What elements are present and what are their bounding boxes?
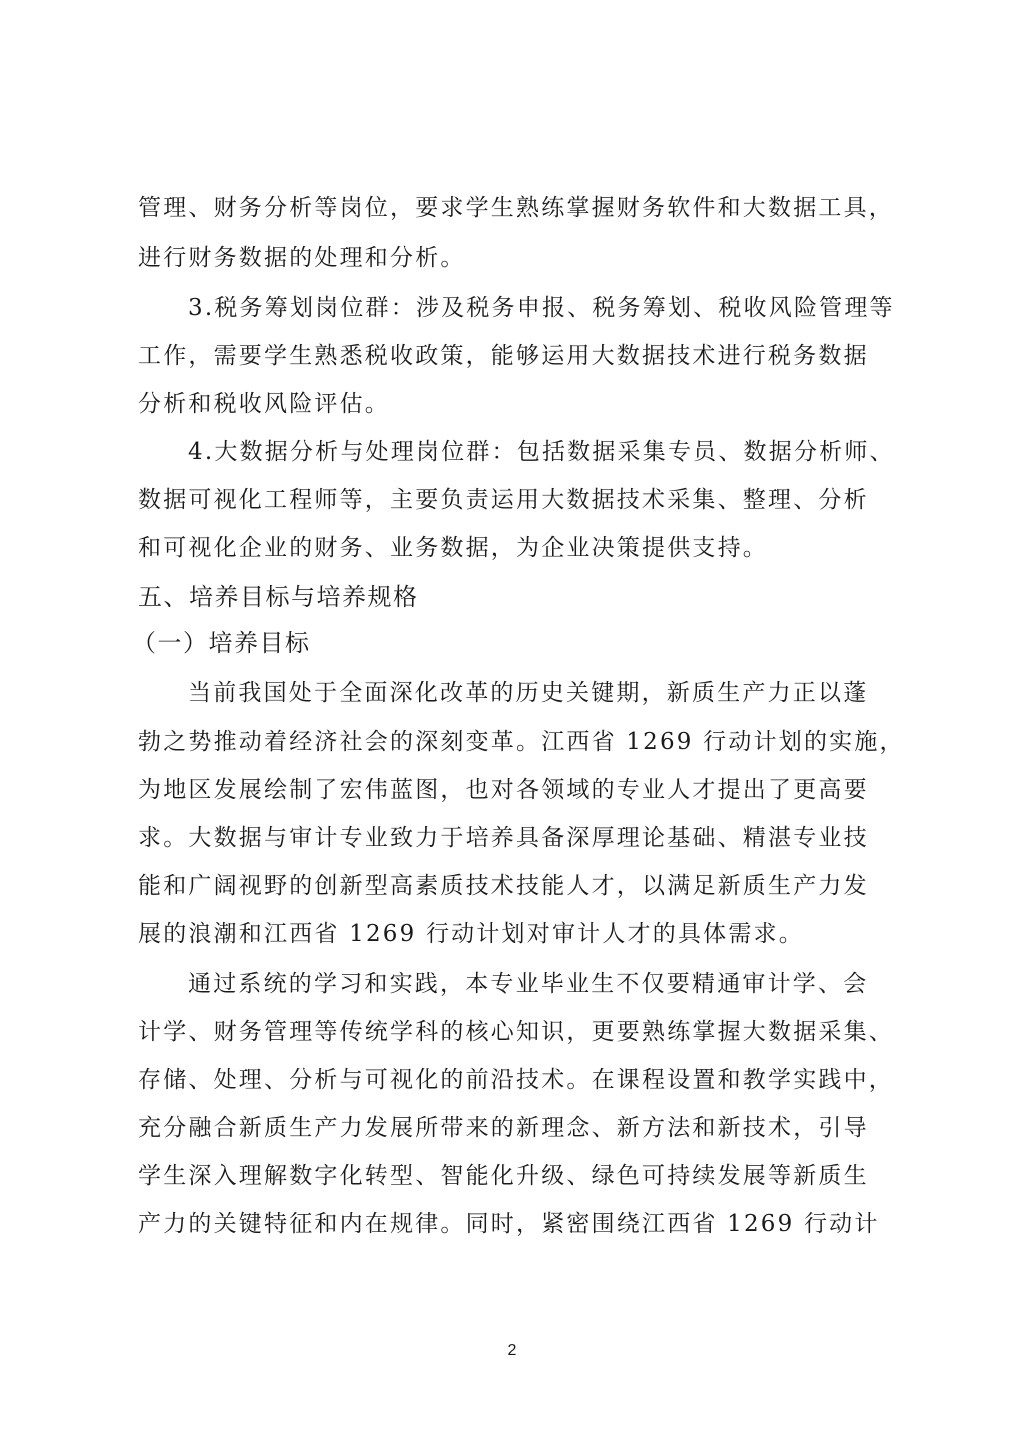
- text-line: 勃之势推动着经济社会的深刻变革。江西省 1269 行动计划的实施，: [138, 727, 898, 757]
- text-line: 3.税务筹划岗位群：涉及税务申报、税务筹划、税收风险管理等: [188, 293, 948, 323]
- text-line: 工作，需要学生熟悉税收政策，能够运用大数据技术进行税务数据: [138, 341, 898, 371]
- text-line: 能和广阔视野的创新型高素质技术技能人才，以满足新质生产力发: [138, 871, 898, 901]
- text-line: 数据可视化工程师等，主要负责运用大数据技术采集、整理、分析: [138, 485, 898, 515]
- subsection-heading: （一）培养目标: [132, 628, 311, 658]
- text-line: 4.大数据分析与处理岗位群：包括数据采集专员、数据分析师、: [188, 437, 948, 467]
- text-line: 存储、处理、分析与可视化的前沿技术。在课程设置和教学实践中，: [138, 1065, 898, 1095]
- page-number: 2: [0, 1342, 1024, 1360]
- text-line: 学生深入理解数字化转型、智能化升级、绿色可持续发展等新质生: [138, 1161, 898, 1191]
- text-line: 展的浪潮和江西省 1269 行动计划对审计人才的具体需求。: [138, 919, 898, 949]
- text-line: 当前我国处于全面深化改革的历史关键期，新质生产力正以蓬: [188, 678, 948, 708]
- document-page: 管理、财务分析等岗位，要求学生熟练掌握财务软件和大数据工具， 进行财务数据的处理…: [0, 0, 1024, 1448]
- text-line: 进行财务数据的处理和分析。: [138, 243, 898, 273]
- text-line: 产力的关键特征和内在规律。同时，紧密围绕江西省 1269 行动计: [138, 1209, 898, 1239]
- text-line: 和可视化企业的财务、业务数据，为企业决策提供支持。: [138, 533, 898, 563]
- text-line: 为地区发展绘制了宏伟蓝图，也对各领域的专业人才提出了更高要: [138, 775, 898, 805]
- text-line: 分析和税收风险评估。: [138, 389, 898, 419]
- text-line: 计学、财务管理等传统学科的核心知识，更要熟练掌握大数据采集、: [138, 1017, 898, 1047]
- text-line: 管理、财务分析等岗位，要求学生熟练掌握财务软件和大数据工具，: [138, 193, 898, 223]
- section-heading: 五、培养目标与培养规格: [138, 582, 419, 612]
- text-line: 求。大数据与审计专业致力于培养具备深厚理论基础、精湛专业技: [138, 823, 898, 853]
- text-line: 通过系统的学习和实践，本专业毕业生不仅要精通审计学、会: [188, 969, 948, 999]
- text-line: 充分融合新质生产力发展所带来的新理念、新方法和新技术，引导: [138, 1113, 898, 1143]
